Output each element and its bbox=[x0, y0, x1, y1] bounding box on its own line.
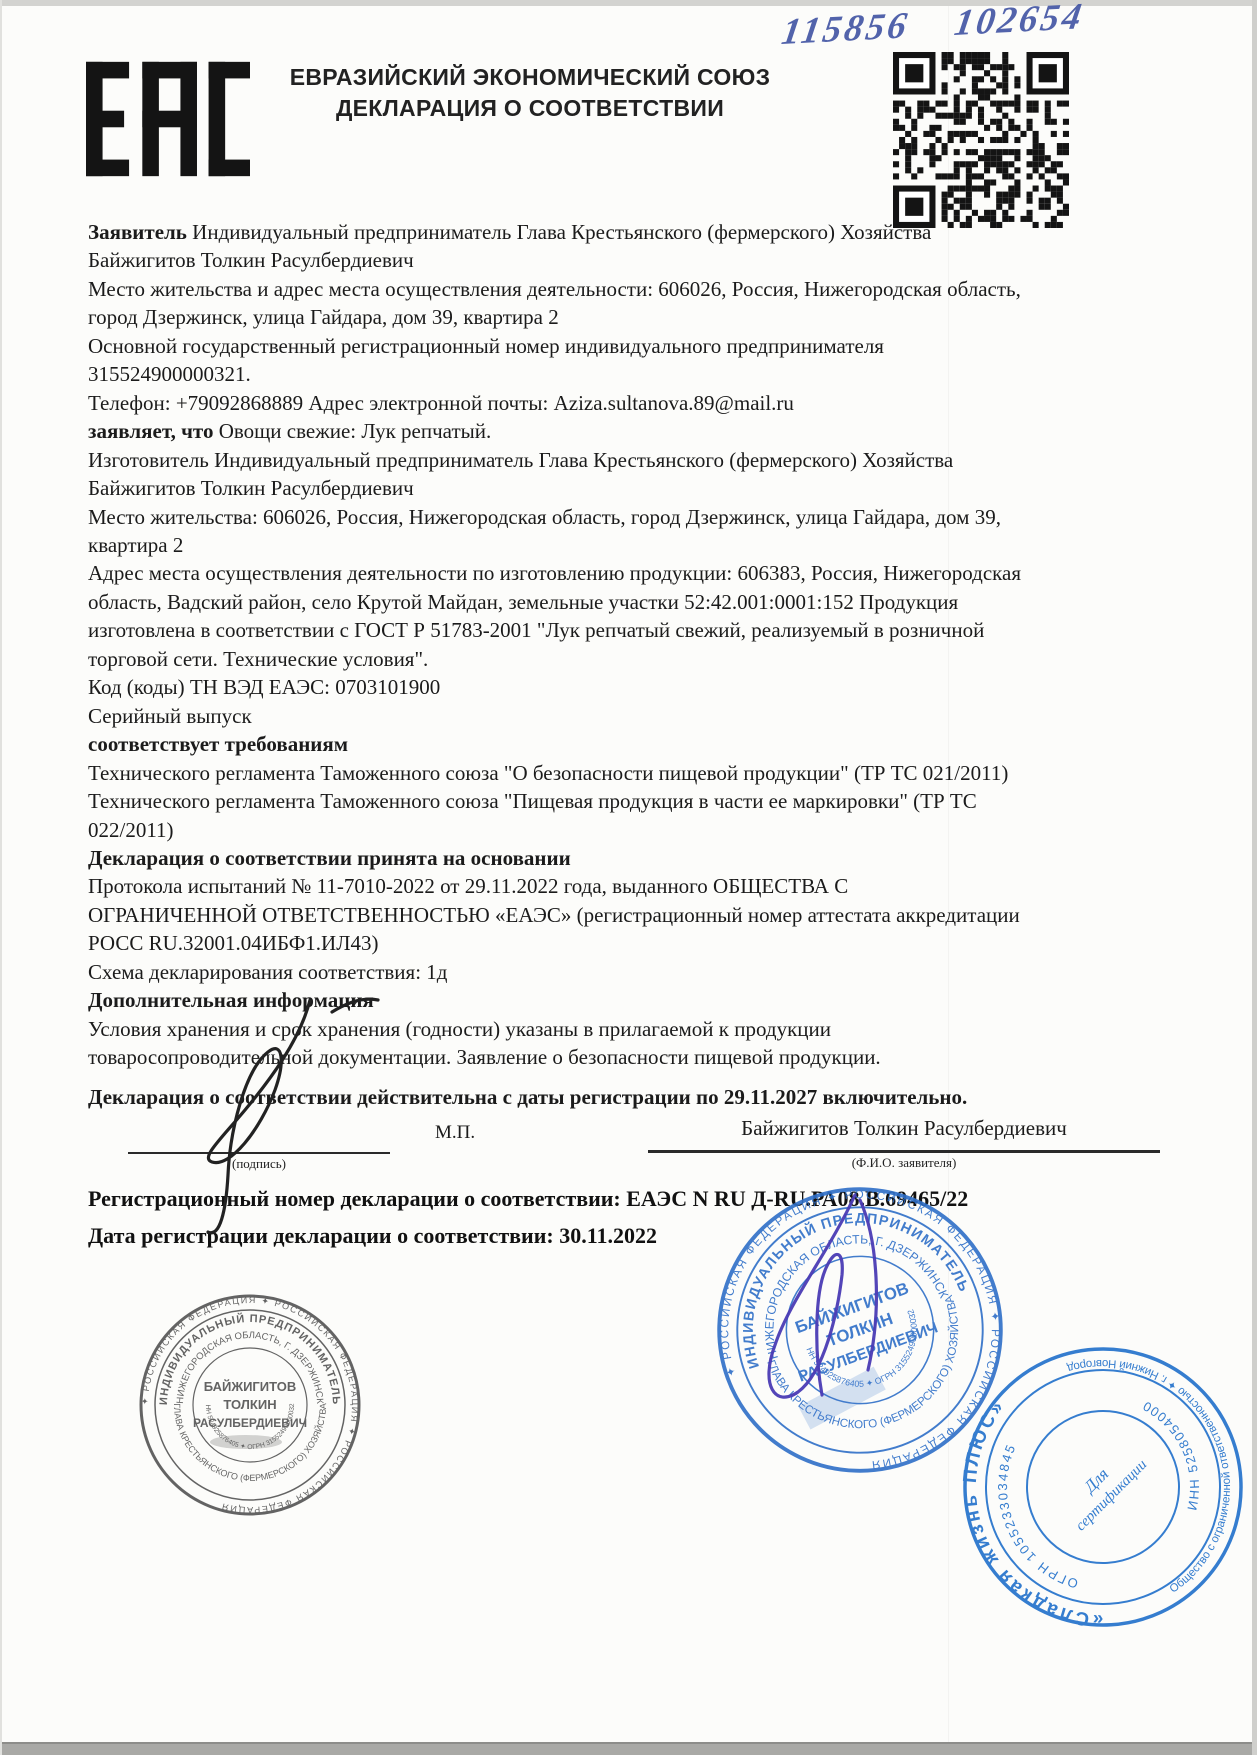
text-line: Протокола испытаний № 11-7010-2022 от 29… bbox=[88, 872, 1148, 900]
svg-text:Общество с ограниченной ответс: Общество с ограниченной ответственностью… bbox=[1064, 1315, 1257, 1596]
text-line: Серийный выпуск bbox=[88, 702, 1148, 730]
svg-text:БАЙЖИГИТОВ: БАЙЖИГИТОВ bbox=[204, 1379, 297, 1394]
ip-stamp-black: ✦ РОССИЙСКАЯ ФЕДЕРАЦИЯ ✦ РОССИЙСКАЯ ФЕДЕ… bbox=[130, 1285, 370, 1525]
validity-statement: Декларация о соответствии действительна … bbox=[88, 1085, 1163, 1110]
text-line: торговой сети. Технические условия". bbox=[88, 645, 1148, 673]
text-line: Изготовитель Индивидуальный предпринимат… bbox=[88, 446, 1148, 474]
svg-text:ОГРН 1055233034845: ОГРН 1055233034845 bbox=[970, 1437, 1085, 1608]
registration-date-line: Дата регистрации декларации о соответств… bbox=[88, 1223, 657, 1249]
text-line: Место жительства и адрес места осуществл… bbox=[88, 275, 1148, 303]
text-line: Телефон: +79092868889 Адрес электронной … bbox=[88, 389, 1148, 417]
svg-text:сертификации: сертификации bbox=[1073, 1457, 1150, 1534]
text-line: квартира 2 bbox=[88, 531, 1148, 559]
text-line: заявляет, что Овощи свежие: Лук репчатый… bbox=[88, 417, 1148, 445]
handwritten-number-right: 102654 bbox=[952, 0, 1088, 45]
text-line: Байжигитов Толкин Расулбердиевич bbox=[88, 474, 1148, 502]
signature-caption: (подпись) bbox=[128, 1156, 390, 1172]
signature-line bbox=[128, 1152, 390, 1154]
title-line-union: ЕВРАЗИЙСКИЙ ЭКОНОМИЧЕСКИЙ СОЮЗ bbox=[270, 62, 790, 93]
text-line: Схема декларирования соответствия: 1д bbox=[88, 958, 1148, 986]
title-line-declaration: ДЕКЛАРАЦИЯ О СООТВЕТСТВИИ bbox=[270, 93, 790, 124]
stamp-place-label: М.П. bbox=[435, 1122, 475, 1144]
qr-code bbox=[893, 52, 1069, 228]
text-line: ОГРАНИЧЕННОЙ ОТВЕТСТВЕННОСТЬЮ «ЕАЭС» (ре… bbox=[88, 901, 1148, 929]
text-line: Условия хранения и срок хранения (годнос… bbox=[88, 1015, 1148, 1043]
text-line: Технического регламента Таможенного союз… bbox=[88, 759, 1148, 787]
text-line: Заявитель Индивидуальный предприниматель… bbox=[88, 218, 1148, 246]
text-line: товаросопроводительной документации. Зая… bbox=[88, 1043, 1148, 1071]
applicant-name: Байжигитов Толкин Расулбердиевич bbox=[648, 1116, 1160, 1141]
declaration-document-page: ЕВРАЗИЙСКИЙ ЭКОНОМИЧЕСКИЙ СОЮЗ ДЕКЛАРАЦИ… bbox=[0, 0, 1257, 1755]
text-line: Технического регламента Таможенного союз… bbox=[88, 787, 1148, 815]
text-line: РОСС RU.32001.04ИБФ1.ИЛ43) bbox=[88, 929, 1148, 957]
text-line: 315524900000321. bbox=[88, 360, 1148, 388]
document-body: Заявитель Индивидуальный предприниматель… bbox=[88, 218, 1148, 1072]
text-line: Место жительства: 606026, Россия, Нижего… bbox=[88, 503, 1148, 531]
document-title: ЕВРАЗИЙСКИЙ ЭКОНОМИЧЕСКИЙ СОЮЗ ДЕКЛАРАЦИ… bbox=[270, 62, 790, 124]
text-line: Код (коды) ТН ВЭД ЕАЭС: 0703101900 bbox=[88, 673, 1148, 701]
text-line: Дополнительная информация bbox=[88, 986, 1148, 1014]
scan-edge-bottom bbox=[0, 1742, 1257, 1755]
svg-text:ТОЛКИН: ТОЛКИН bbox=[223, 1397, 276, 1412]
text-line: Адрес места осуществления деятельности п… bbox=[88, 559, 1148, 587]
text-line: соответствует требованиям bbox=[88, 730, 1148, 758]
handwritten-number-left: 115856 bbox=[779, 4, 913, 54]
handwritten-numbers: 115856 102654 bbox=[779, 0, 1125, 54]
text-line: Байжигитов Толкин Расулбердиевич bbox=[88, 246, 1148, 274]
text-line: город Дзержинск, улица Гайдара, дом 39, … bbox=[88, 303, 1148, 331]
text-line: Декларация о соответствии принята на осн… bbox=[88, 844, 1148, 872]
scan-edge-left bbox=[0, 0, 2, 1755]
eac-logo-icon bbox=[86, 52, 250, 186]
svg-text:ИНН 5258054000: ИНН 5258054000 bbox=[1135, 1388, 1219, 1517]
text-line: изготовлена в соответствии с ГОСТ Р 5178… bbox=[88, 616, 1148, 644]
text-line: область, Вадский район, село Крутой Майд… bbox=[88, 588, 1148, 616]
text-line: Основной государственный регистрационный… bbox=[88, 332, 1148, 360]
text-line: 022/2011) bbox=[88, 816, 1148, 844]
svg-text:РАСУЛБЕРДИЕВИЧ: РАСУЛБЕРДИЕВИЧ bbox=[193, 1416, 307, 1430]
